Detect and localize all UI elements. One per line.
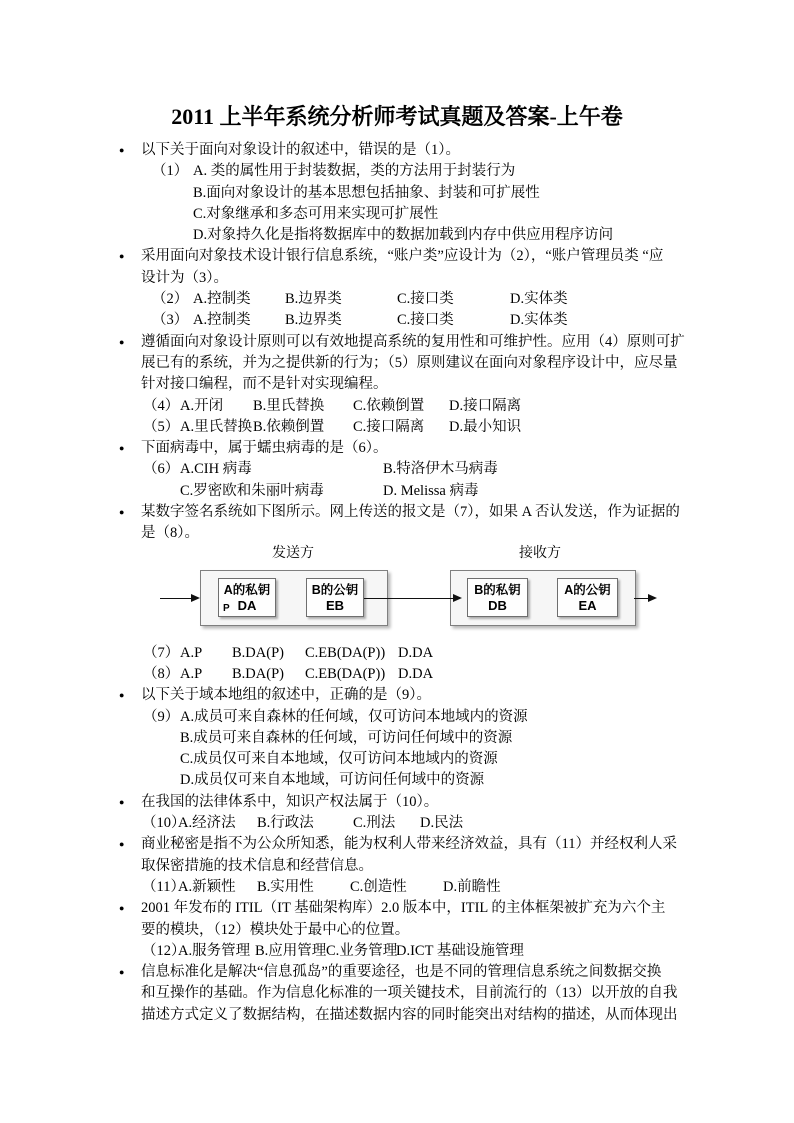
option-item: A.新颖性: [178, 877, 257, 898]
page-title: 2011 上半年系统分析师考试真题及答案-上午卷: [0, 0, 794, 132]
option-item: A.P: [180, 664, 232, 685]
stem-text: 和互操作的基础。作为信息化标准的一项关键技术，目前流行的（13）以开放的自我: [141, 985, 678, 1001]
sender-public-key-box: A的公钥 EA: [557, 578, 618, 617]
option-item: A.开闭: [180, 396, 253, 417]
question-block: ●在我国的法律体系中，知识产权法属于（10）。 （10）A.经济法B.行政法C.…: [0, 792, 794, 835]
stem-text: 要的模块，（12）模块处于最中心的位置。: [141, 922, 409, 938]
option-item: C.对象继承和多态可用来实现可扩展性: [193, 204, 438, 225]
question-block: ●以下关于面向对象设计的叙述中，错误的是（1）。 （1）A. 类的属性用于封装数…: [0, 140, 794, 246]
question-stem-line: 取保密措施的技术信息和经营信息。: [0, 856, 794, 877]
option-item: D.接口隔离: [449, 396, 521, 417]
option-item: B.行政法: [257, 813, 353, 834]
question-number: （5）: [143, 417, 180, 438]
question-stem-line: ●下面病毒中，属于蠕虫病毒的是（6）。: [0, 438, 794, 459]
question-stem-line: ●采用面向对象技术设计银行信息系统，“账户类”应设计为（2），“账户管理员类 “…: [0, 246, 794, 267]
option-item: A. 类的属性用于封装数据，类的方法用于封装行为: [193, 161, 515, 182]
option-row: B.成员可来自森林的任何域，可访问任何域中的资源: [0, 728, 794, 749]
question-number: （8）: [143, 664, 180, 685]
key-box-title: A的私钥: [219, 583, 275, 598]
arrow-right-icon: [648, 594, 657, 602]
option-item: C.罗密欧和朱丽叶病毒: [180, 481, 383, 502]
question-block: ●下面病毒中，属于蠕虫病毒的是（6）。 （6）A.CIH 病毒B.特洛伊木马病毒…: [0, 438, 794, 502]
option-row: （12）A.服务管理B.应用管理C.业务管理D.ICT 基础设施管理: [0, 941, 794, 962]
option-row: （2）A.控制类B.边界类C.接口类D.实体类: [0, 289, 794, 310]
option-item: B.面向对象设计的基本思想包括抽象、封装和可扩展性: [193, 183, 540, 204]
bullet-icon: ●: [119, 685, 124, 706]
stem-text: 2001 年发布的 ITIL（IT 基础架构库）2.0 版本中，ITIL 的主体…: [141, 900, 665, 916]
key-box-title: B的公钥: [307, 583, 363, 598]
option-item: C.业务管理: [326, 941, 396, 962]
option-item: C.刑法: [353, 813, 420, 834]
bullet-icon: ●: [119, 140, 124, 161]
receiver-public-key-box: B的公钥 EB: [306, 578, 364, 617]
digital-signature-diagram: 发送方 接收方 A的私钥 DA P B的公钥 EB B的私钥 DB: [0, 545, 794, 643]
question-stem-line: ●2001 年发布的 ITIL（IT 基础架构库）2.0 版本中，ITIL 的主…: [0, 898, 794, 919]
sender-label: 发送方: [272, 545, 314, 562]
document-page: 2011 上半年系统分析师考试真题及答案-上午卷 ●以下关于面向对象设计的叙述中…: [0, 0, 794, 1123]
option-item: D. Melissa 病毒: [383, 481, 478, 502]
option-row: （11）A.新颖性B.实用性C.创造性D.前瞻性: [0, 877, 794, 898]
option-item: B.成员可来自森林的任何域，可访问任何域中的资源: [180, 728, 512, 749]
question-number: （9）: [143, 707, 180, 728]
option-item: D.前瞻性: [443, 877, 501, 898]
option-item: B.依赖倒置: [253, 417, 353, 438]
option-item: C.成员仅可来自本地域，仅可访问本地域内的资源: [180, 749, 498, 770]
stem-text: 是（8）。: [141, 525, 199, 541]
bullet-icon: ●: [119, 898, 124, 919]
question-stem-line: ●商业秘密是指不为公众所知悉，能为权利人带来经济效益，具有（11）并经权利人采: [0, 834, 794, 855]
question-stem-line: 展已有的系统，并为之提供新的行为；（5）原则建议在面向对象程序设计中，应尽量: [0, 353, 794, 374]
option-item: B.DA(P): [232, 643, 305, 664]
stem-text: 以下关于域本地组的叙述中，正确的是（9）。: [141, 687, 431, 703]
option-item: C.EB(DA(P)): [305, 664, 398, 685]
question-number: （6）: [143, 459, 180, 480]
option-item: D.DA: [398, 664, 433, 685]
question-block: ●商业秘密是指不为公众所知悉，能为权利人带来经济效益，具有（11）并经权利人采 …: [0, 834, 794, 898]
question-stem-line: 和互操作的基础。作为信息化标准的一项关键技术，目前流行的（13）以开放的自我: [0, 983, 794, 1004]
question-stem-line: 针对接口编程，而不是针对实现编程。: [0, 374, 794, 395]
stem-text: 描述方式定义了数据结构，在描述数据内容的同时能突出对结构的描述，从而体现出: [141, 1007, 678, 1023]
option-item: A.P: [180, 643, 232, 664]
option-item: D.最小知识: [449, 417, 521, 438]
option-item: C.EB(DA(P)): [305, 643, 398, 664]
stem-text: 针对接口编程，而不是针对实现编程。: [141, 376, 388, 392]
option-item: D.DA: [398, 643, 433, 664]
question-block: ●遵循面向对象设计原则可以有效地提高系统的复用性和可维护性。应用（4）原则可扩 …: [0, 332, 794, 438]
question-stem-line: 描述方式定义了数据结构，在描述数据内容的同时能突出对结构的描述，从而体现出: [0, 1005, 794, 1026]
bullet-icon: ●: [119, 502, 124, 523]
question-block: ●2001 年发布的 ITIL（IT 基础架构库）2.0 版本中，ITIL 的主…: [0, 898, 794, 962]
option-item: C.接口类: [397, 310, 510, 331]
sender-box: A的私钥 DA P B的公钥 EB: [200, 570, 388, 626]
stem-text: 信息标准化是解决“信息孤岛”的重要途径，也是不同的管理信息系统之间数据交换: [141, 964, 661, 980]
question-block: ●采用面向对象技术设计银行信息系统，“账户类”应设计为（2），“账户管理员类 “…: [0, 246, 794, 331]
option-item: D.实体类: [510, 310, 568, 331]
option-row: （9）A.成员可来自森林的任何域，仅可访问本地域内的资源: [0, 707, 794, 728]
question-number: （12）: [142, 941, 178, 962]
question-number: （3）: [152, 310, 193, 331]
question-block: ●某数字签名系统如下图所示。网上传送的报文是（7），如果 A 否认发送，作为证据…: [0, 502, 794, 545]
option-item: A.经济法: [178, 813, 257, 834]
bullet-icon: ●: [119, 834, 124, 855]
option-item: C.接口类: [397, 289, 510, 310]
bullet-icon: ●: [119, 962, 124, 983]
option-item: B.特洛伊木马病毒: [383, 459, 498, 480]
bullet-icon: ●: [119, 792, 124, 813]
question-stem-line: ●某数字签名系统如下图所示。网上传送的报文是（7），如果 A 否认发送，作为证据…: [0, 502, 794, 523]
stem-text: 某数字签名系统如下图所示。网上传送的报文是（7），如果 A 否认发送，作为证据的: [141, 504, 680, 520]
option-item: D.实体类: [510, 289, 568, 310]
option-item: A.CIH 病毒: [180, 459, 383, 480]
option-row: （1）A. 类的属性用于封装数据，类的方法用于封装行为: [0, 161, 794, 182]
transmit-arrow-line: [364, 598, 456, 599]
question-stem-line: 要的模块，（12）模块处于最中心的位置。: [0, 920, 794, 941]
question-block: （7）A.PB.DA(P)C.EB(DA(P))D.DA （8）A.PB.DA(…: [0, 643, 794, 686]
question-stem-line: ●信息标准化是解决“信息孤岛”的重要途径，也是不同的管理信息系统之间数据交换: [0, 962, 794, 983]
option-item: C.依赖倒置: [353, 396, 449, 417]
question-list: ●以下关于面向对象设计的叙述中，错误的是（1）。 （1）A. 类的属性用于封装数…: [0, 140, 794, 1026]
stem-text: 采用面向对象技术设计银行信息系统，“账户类”应设计为（2），“账户管理员类 “应: [141, 248, 663, 264]
question-number: （1）: [152, 161, 193, 182]
option-item: A.控制类: [193, 310, 285, 331]
option-row: C.对象继承和多态可用来实现可扩展性: [0, 204, 794, 225]
question-number: （11）: [142, 877, 178, 898]
option-item: A.成员可来自森林的任何域，仅可访问本地域内的资源: [180, 707, 528, 728]
question-block: ●以下关于域本地组的叙述中，正确的是（9）。 （9）A.成员可来自森林的任何域，…: [0, 685, 794, 791]
stem-text: 在我国的法律体系中，知识产权法属于（10）。: [141, 794, 438, 810]
option-row: （4）A.开闭B.里氏替换C.依赖倒置D.接口隔离: [0, 396, 794, 417]
option-item: D.ICT 基础设施管理: [396, 941, 524, 962]
option-item: A.里氏替换: [180, 417, 253, 438]
option-item: B.里氏替换: [253, 396, 353, 417]
option-item: D.对象持久化是指将数据库中的数据加载到内存中供应用程序访问: [193, 225, 613, 246]
option-row: （3）A.控制类B.边界类C.接口类D.实体类: [0, 310, 794, 331]
question-number: （7）: [143, 643, 180, 664]
bullet-icon: ●: [119, 438, 124, 459]
option-item: A.控制类: [193, 289, 285, 310]
bullet-icon: ●: [119, 332, 124, 353]
input-arrow-line: [160, 598, 193, 599]
key-box-symbol: EB: [307, 598, 363, 613]
key-box-symbol: DB: [468, 598, 527, 613]
option-row: （7）A.PB.DA(P)C.EB(DA(P))D.DA: [0, 643, 794, 664]
question-stem-line: 设计为（3）。: [0, 268, 794, 289]
option-row: （6）A.CIH 病毒B.特洛伊木马病毒: [0, 459, 794, 480]
option-item: C.接口隔离: [353, 417, 449, 438]
receiver-label: 接收方: [519, 545, 561, 562]
stem-text: 设计为（3）。: [141, 270, 228, 286]
option-item: B.边界类: [285, 310, 397, 331]
question-stem-line: 是（8）。: [0, 523, 794, 544]
receiver-box: B的私钥 DB A的公钥 EA: [450, 570, 636, 626]
option-item: B.边界类: [285, 289, 397, 310]
option-item: B.DA(P): [232, 664, 305, 685]
stem-text: 取保密措施的技术信息和经营信息。: [141, 858, 373, 874]
question-stem-line: ●遵循面向对象设计原则可以有效地提高系统的复用性和可维护性。应用（4）原则可扩: [0, 332, 794, 353]
question-stem-line: ●在我国的法律体系中，知识产权法属于（10）。: [0, 792, 794, 813]
stem-text: 商业秘密是指不为公众所知悉，能为权利人带来经济效益，具有（11）并经权利人采: [141, 836, 677, 852]
option-row: D.对象持久化是指将数据库中的数据加载到内存中供应用程序访问: [0, 225, 794, 246]
stem-text: 展已有的系统，并为之提供新的行为；（5）原则建议在面向对象程序设计中，应尽量: [141, 355, 678, 371]
option-item: B.实用性: [257, 877, 350, 898]
option-item: D.民法: [420, 813, 463, 834]
question-number: （4）: [143, 396, 180, 417]
question-stem-line: ●以下关于面向对象设计的叙述中，错误的是（1）。: [0, 140, 794, 161]
option-row: D.成员仅可来自本地域，可访问任何域中的资源: [0, 770, 794, 791]
question-block: ●信息标准化是解决“信息孤岛”的重要途径，也是不同的管理信息系统之间数据交换 和…: [0, 962, 794, 1026]
sender-private-key-box: A的私钥 DA P: [218, 578, 276, 617]
question-number: （10）: [142, 813, 178, 834]
option-row: （8）A.PB.DA(P)C.EB(DA(P))D.DA: [0, 664, 794, 685]
plaintext-label: P: [223, 604, 230, 614]
stem-text: 下面病毒中，属于蠕虫病毒的是（6）。: [141, 440, 388, 456]
arrow-right-icon: [191, 594, 200, 602]
option-item: A.服务管理: [178, 941, 255, 962]
option-row: （10）A.经济法B.行政法C.刑法D.民法: [0, 813, 794, 834]
option-item: C.创造性: [350, 877, 443, 898]
stem-text: 遵循面向对象设计原则可以有效地提高系统的复用性和可维护性。应用（4）原则可扩: [141, 334, 685, 350]
option-item: D.成员仅可来自本地域，可访问任何域中的资源: [180, 770, 484, 791]
option-row: C.罗密欧和朱丽叶病毒D. Melissa 病毒: [0, 481, 794, 502]
option-row: C.成员仅可来自本地域，仅可访问本地域内的资源: [0, 749, 794, 770]
question-stem-line: ●以下关于域本地组的叙述中，正确的是（9）。: [0, 685, 794, 706]
bullet-icon: ●: [119, 246, 124, 267]
stem-text: 以下关于面向对象设计的叙述中，错误的是（1）。: [141, 142, 460, 158]
option-row: B.面向对象设计的基本思想包括抽象、封装和可扩展性: [0, 183, 794, 204]
receiver-private-key-box: B的私钥 DB: [467, 578, 528, 617]
arrow-right-icon: [453, 594, 462, 602]
key-box-title: B的私钥: [468, 583, 527, 598]
key-box-symbol: EA: [558, 598, 617, 613]
option-row: （5）A.里氏替换B.依赖倒置C.接口隔离D.最小知识: [0, 417, 794, 438]
option-item: B.应用管理: [255, 941, 326, 962]
question-number: （2）: [152, 289, 193, 310]
key-box-title: A的公钥: [558, 583, 617, 598]
